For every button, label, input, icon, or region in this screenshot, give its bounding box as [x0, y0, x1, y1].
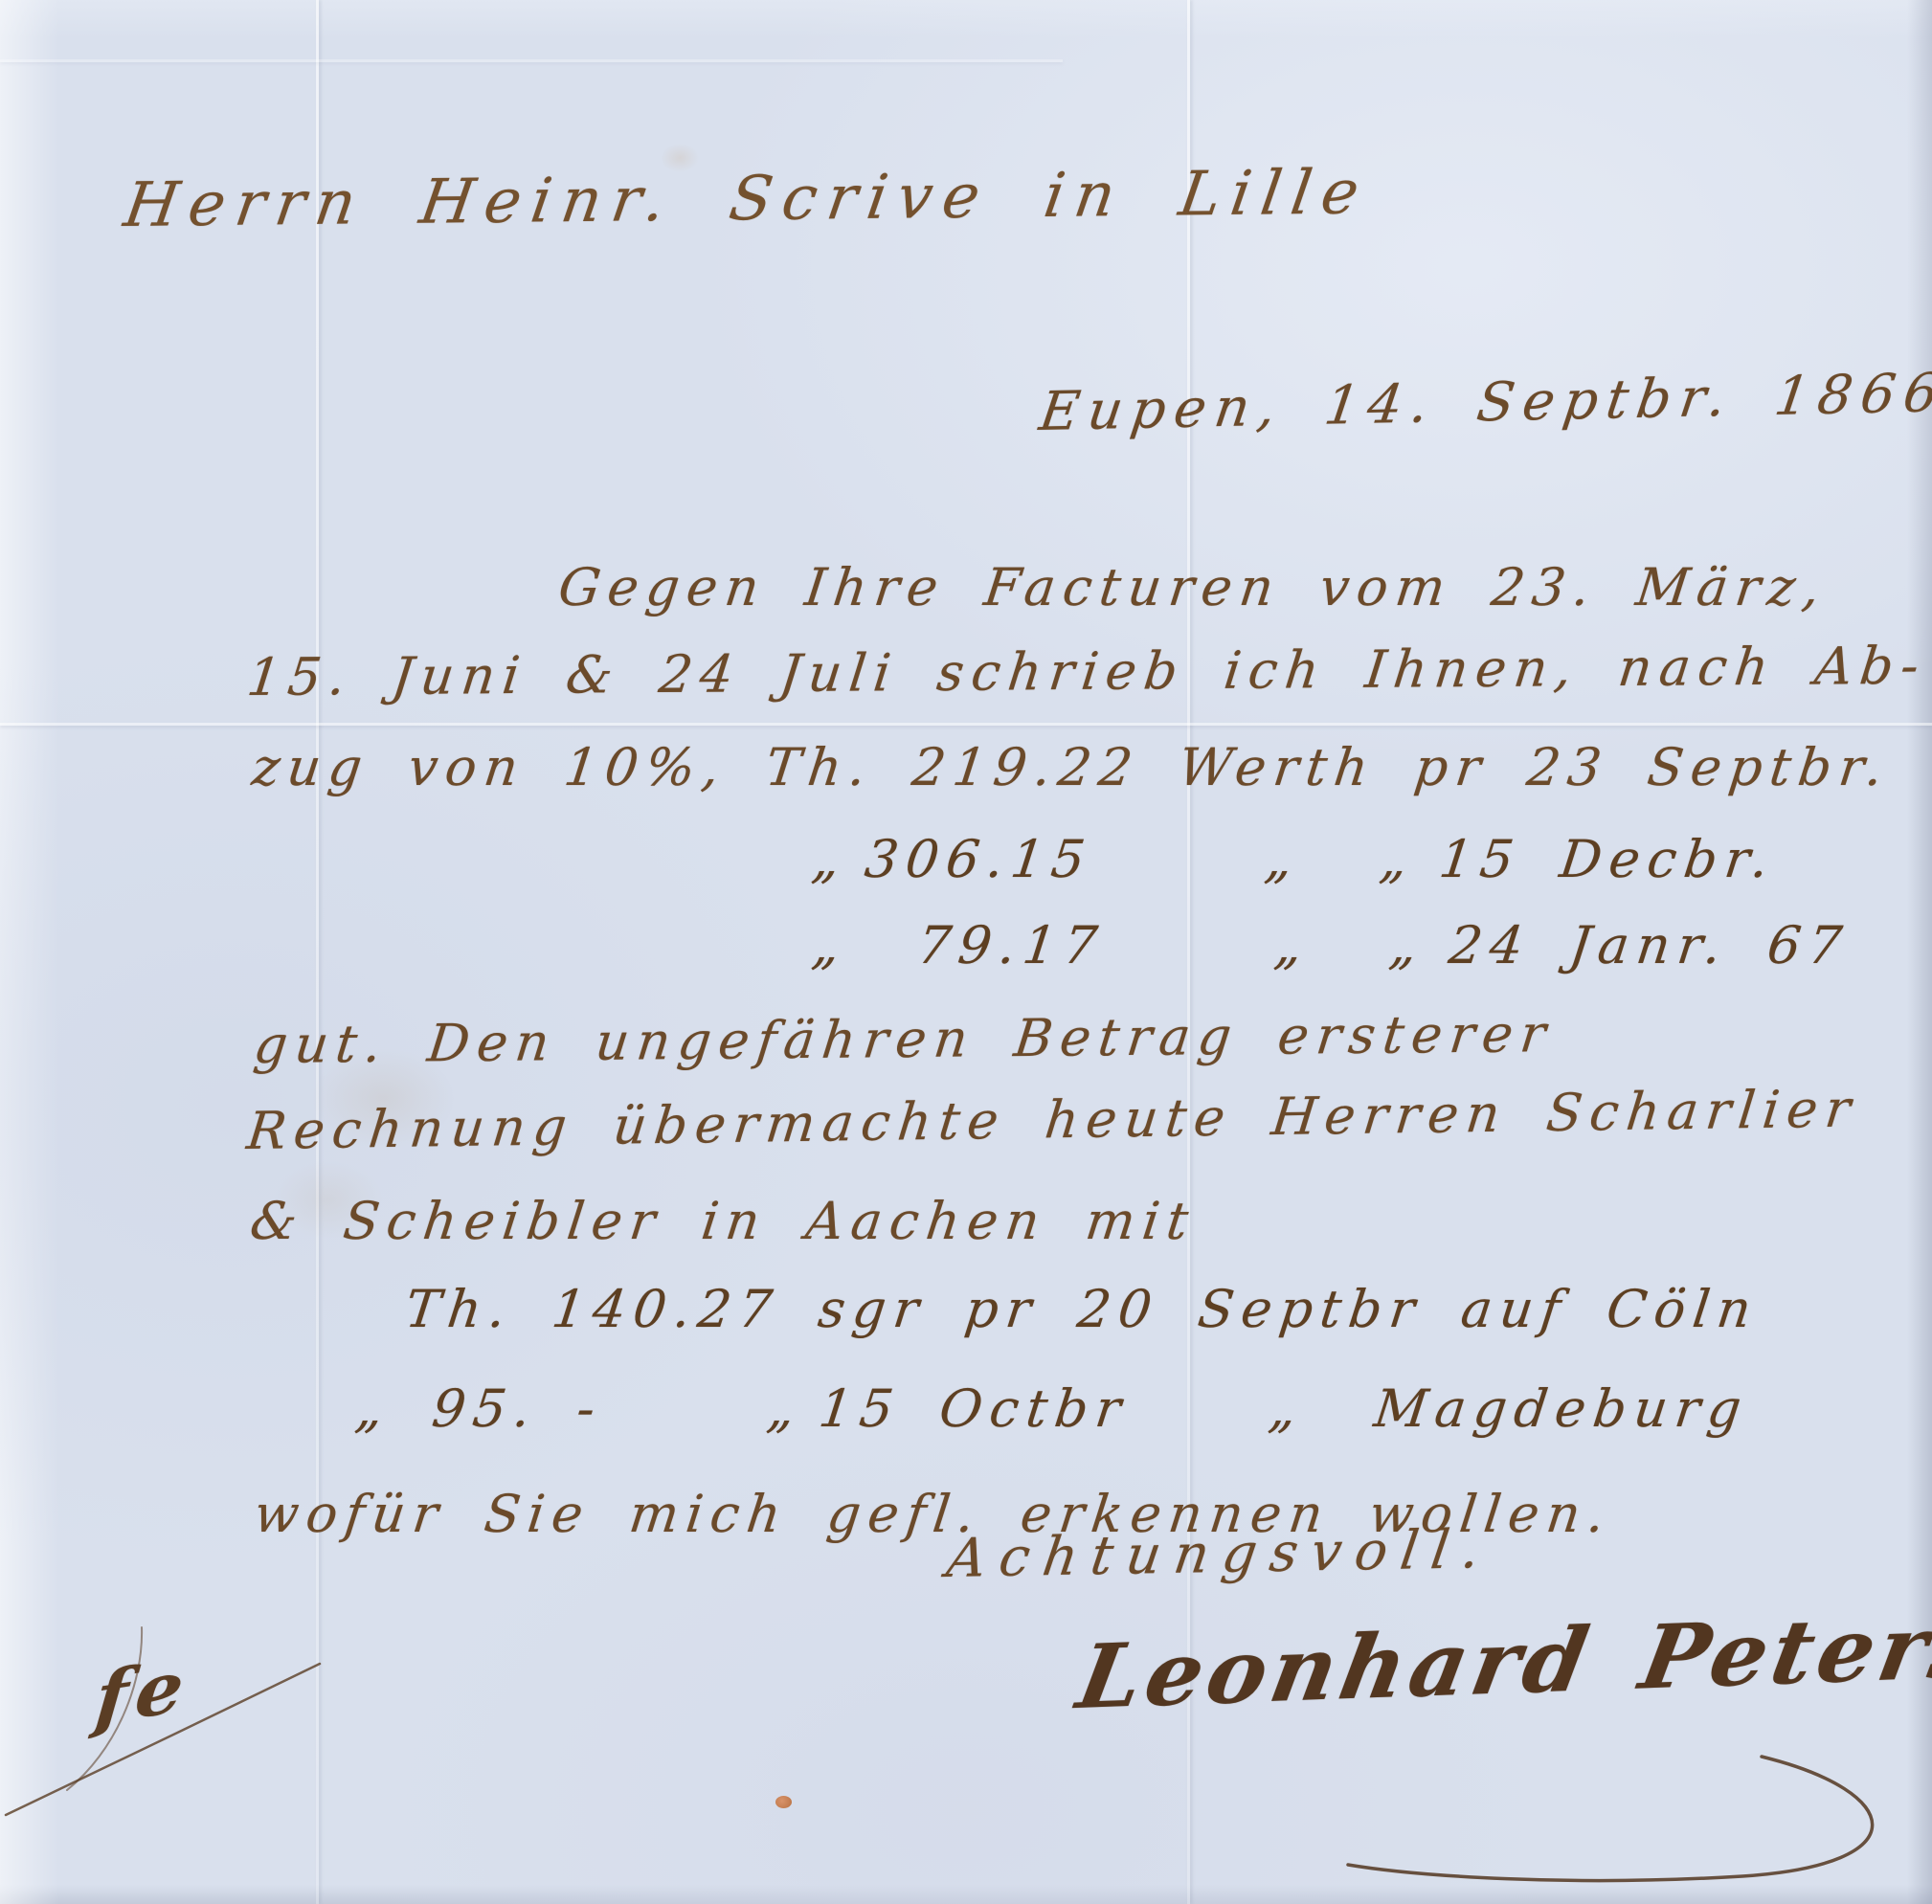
horizontal-crease-top: [0, 59, 1063, 62]
remittance-line: Th. 140.27 sgr pr 20 Septbr auf Cöln: [402, 1279, 1762, 1339]
ditto-mark: „: [809, 915, 851, 975]
body-line-6: & Scheibler in Aachen mit: [247, 1191, 1200, 1251]
amount-value: 79.17: [914, 915, 1108, 975]
body-line-5: Rechnung übermachte heute Herren Scharli…: [244, 1079, 1861, 1161]
horizontal-fold-line: [0, 723, 1932, 726]
signature: Leonhard Peters: [1070, 1594, 1932, 1729]
place-date-line: Eupen, 14. Septbr. 1866.: [1036, 362, 1932, 443]
ditto-mark: „: [1271, 915, 1314, 975]
ditto-mark: „: [809, 829, 851, 889]
body-line-1: Gegen Ihre Facturen vom 23. März,: [555, 557, 1831, 617]
ditto-mark: „: [1386, 915, 1428, 975]
amount-value: 306.15: [862, 829, 1096, 889]
body-line-3: zug von 10%, Th. 219.22 Werth pr 23 Sept…: [249, 737, 1894, 797]
ditto-mark: „: [764, 1378, 806, 1439]
body-line-2: 15. Juni & 24 Juli schrieb ich Ihnen, na…: [244, 636, 1930, 707]
body-line-4: gut. Den ungefähren Betrag ersterer: [251, 1003, 1557, 1075]
clerk-initials: fe: [92, 1643, 195, 1741]
vertical-fold-line-right: [1187, 0, 1190, 1904]
ditto-mark: „: [1262, 829, 1304, 889]
due-date: 15 Decbr.: [1436, 829, 1780, 889]
vertical-fold-line-left: [316, 0, 319, 1904]
due-date: 24 Janr. 67: [1446, 915, 1853, 975]
signature-flourish: [1348, 1757, 1873, 1881]
ditto-mark: „: [1377, 829, 1419, 889]
recipient-line: Herrn Heinr. Scrive in Lille: [120, 157, 1374, 241]
ditto-mark: „: [352, 1378, 394, 1439]
amount-value: 95. -: [429, 1378, 606, 1439]
ditto-mark: „: [1266, 1378, 1308, 1439]
remittance-place: Magdeburg: [1371, 1378, 1752, 1439]
wax-seal-dot: [775, 1796, 792, 1808]
valediction-line: Achtungsvoll.: [943, 1518, 1497, 1590]
letter-scan: Herrn Heinr. Scrive in Lille Eupen, 14. …: [0, 0, 1932, 1904]
due-date: 15 Octbr: [816, 1378, 1132, 1439]
